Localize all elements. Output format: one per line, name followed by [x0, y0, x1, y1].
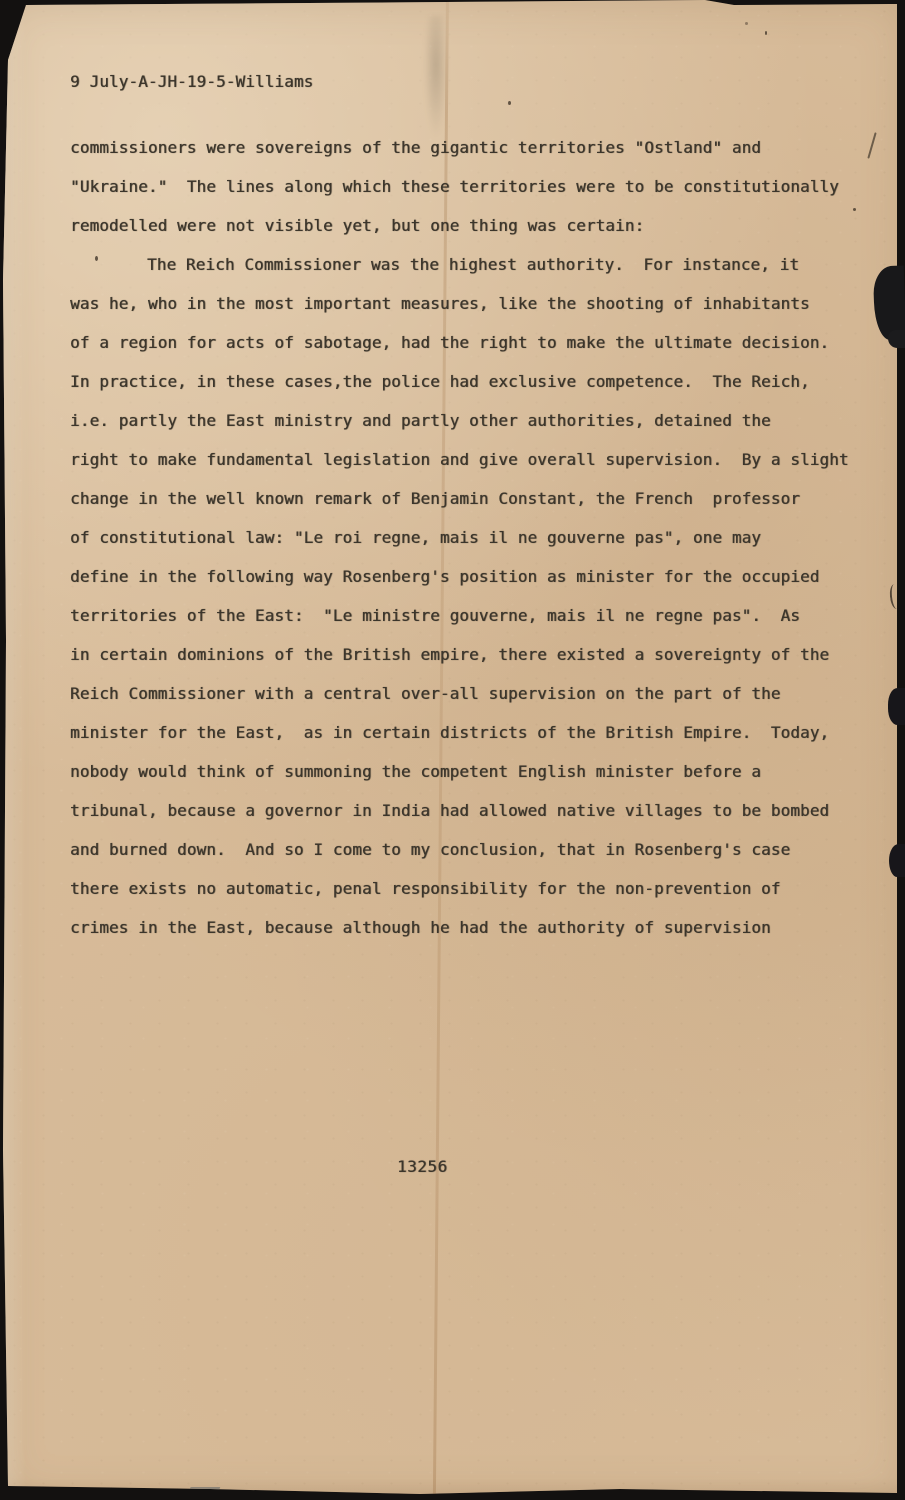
text-line: territories of the East: "Le ministre go… — [70, 596, 870, 635]
scanned-page: { "document": { "docket": "9 July-A-JH-1… — [0, 0, 905, 1500]
ink-speck — [853, 208, 856, 211]
ink-speck — [745, 22, 748, 25]
text-line: remodelled were not visible yet, but one… — [70, 206, 870, 245]
text-line: define in the following way Rosenberg's … — [70, 557, 870, 596]
text-line: there exists no automatic, penal respons… — [70, 869, 870, 908]
text-line: nobody would think of summoning the comp… — [70, 752, 870, 791]
text-line: minister for the East, as in certain dis… — [70, 713, 870, 752]
text-line: tribunal, because a governor in India ha… — [70, 791, 870, 830]
text-line: Reich Commissioner with a central over-a… — [70, 674, 870, 713]
docket-header: 9 July-A-JH-19-5-Williams — [70, 72, 313, 92]
document-page: 9 July-A-JH-19-5-Williams commissioners … — [0, 0, 905, 1500]
text-line: in certain dominions of the British empi… — [70, 635, 870, 674]
text-line: commissioners were sovereigns of the gig… — [70, 128, 870, 167]
text-line: crimes in the East, because although he … — [70, 908, 870, 947]
ink-blot-tail — [888, 330, 905, 348]
ink-speck — [95, 256, 98, 261]
ink-speck — [508, 101, 511, 105]
text-line: of constitutional law: "Le roi regne, ma… — [70, 518, 870, 557]
edge-tear-mark — [888, 688, 905, 725]
paper-edge-tear — [185, 1487, 220, 1496]
edge-tear-mark — [889, 844, 905, 877]
document-body: commissioners were sovereigns of the gig… — [70, 128, 870, 947]
ink-speck — [765, 31, 767, 35]
text-line: The Reich Commissioner was the highest a… — [70, 245, 870, 284]
text-line: i.e. partly the East ministry and partly… — [70, 401, 870, 440]
page-number: 13256 — [397, 1156, 448, 1178]
text-line: In practice, in these cases,the police h… — [70, 362, 870, 401]
margin-pen-mark — [889, 583, 903, 609]
text-line: right to make fundamental legislation an… — [70, 440, 870, 479]
text-line: and burned down. And so I come to my con… — [70, 830, 870, 869]
text-line: "Ukraine." The lines along which these t… — [70, 167, 870, 206]
text-line: was he, who in the most important measur… — [70, 284, 870, 323]
text-line: change in the well known remark of Benja… — [70, 479, 870, 518]
text-line: of a region for acts of sabotage, had th… — [70, 323, 870, 362]
